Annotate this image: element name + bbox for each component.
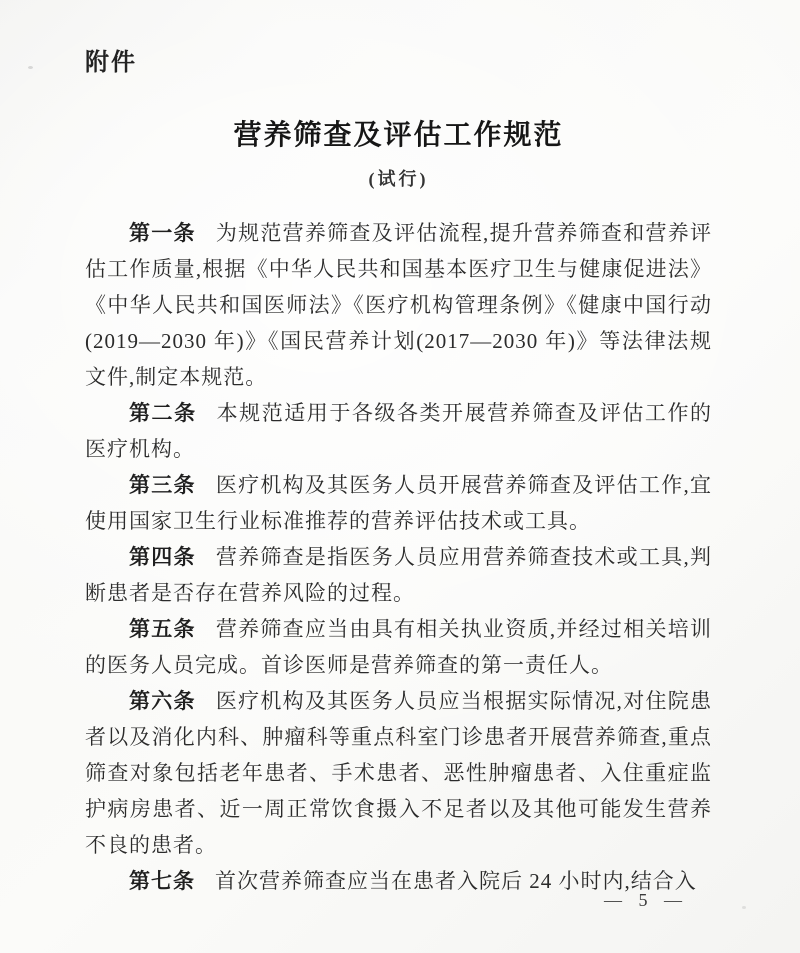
article-5-number: 第五条 xyxy=(129,617,216,641)
article-7-number: 第七条 xyxy=(129,869,215,893)
scan-speck xyxy=(742,906,746,909)
article-2-number: 第二条 xyxy=(129,401,217,425)
article-3: 第三条医疗机构及其医务人员开展营养筛查及评估工作,宜使用国家卫生行业标准推荐的营… xyxy=(85,467,712,539)
article-6-text: 医疗机构及其医务人员应当根据实际情况,对住院患者以及消化内科、肿瘤科等重点科室门… xyxy=(85,689,712,857)
article-6: 第六条医疗机构及其医务人员应当根据实际情况,对住院患者以及消化内科、肿瘤科等重点… xyxy=(85,683,712,863)
page-number: — 5 — xyxy=(604,890,688,911)
article-4: 第四条营养筛查是指医务人员应用营养筛查技术或工具,判断患者是否存在营养风险的过程… xyxy=(85,539,712,611)
document-title: 营养筛查及评估工作规范 xyxy=(85,113,712,153)
attachment-label: 附件 xyxy=(85,0,712,77)
article-5: 第五条营养筛查应当由具有相关执业资质,并经过相关培训的医务人员完成。首诊医师是营… xyxy=(85,611,712,683)
document-page: 附件 营养筛查及评估工作规范 (试行) 第一条为规范营养筛查及评估流程,提升营养… xyxy=(0,0,800,953)
article-1-text: 为规范营养筛查及评估流程,提升营养筛查和营养评估工作质量,根据《中华人民共和国基… xyxy=(85,221,712,389)
article-3-number: 第三条 xyxy=(129,473,216,497)
article-4-number: 第四条 xyxy=(129,545,216,569)
document-body: 第一条为规范营养筛查及评估流程,提升营养筛查和营养评估工作质量,根据《中华人民共… xyxy=(85,215,712,899)
document-subtitle: (试行) xyxy=(85,165,712,191)
article-1-number: 第一条 xyxy=(129,221,216,245)
article-1: 第一条为规范营养筛查及评估流程,提升营养筛查和营养评估工作质量,根据《中华人民共… xyxy=(85,215,712,395)
article-2: 第二条本规范适用于各级各类开展营养筛查及评估工作的医疗机构。 xyxy=(85,395,712,467)
article-6-number: 第六条 xyxy=(129,689,216,713)
scan-speck xyxy=(28,66,33,69)
